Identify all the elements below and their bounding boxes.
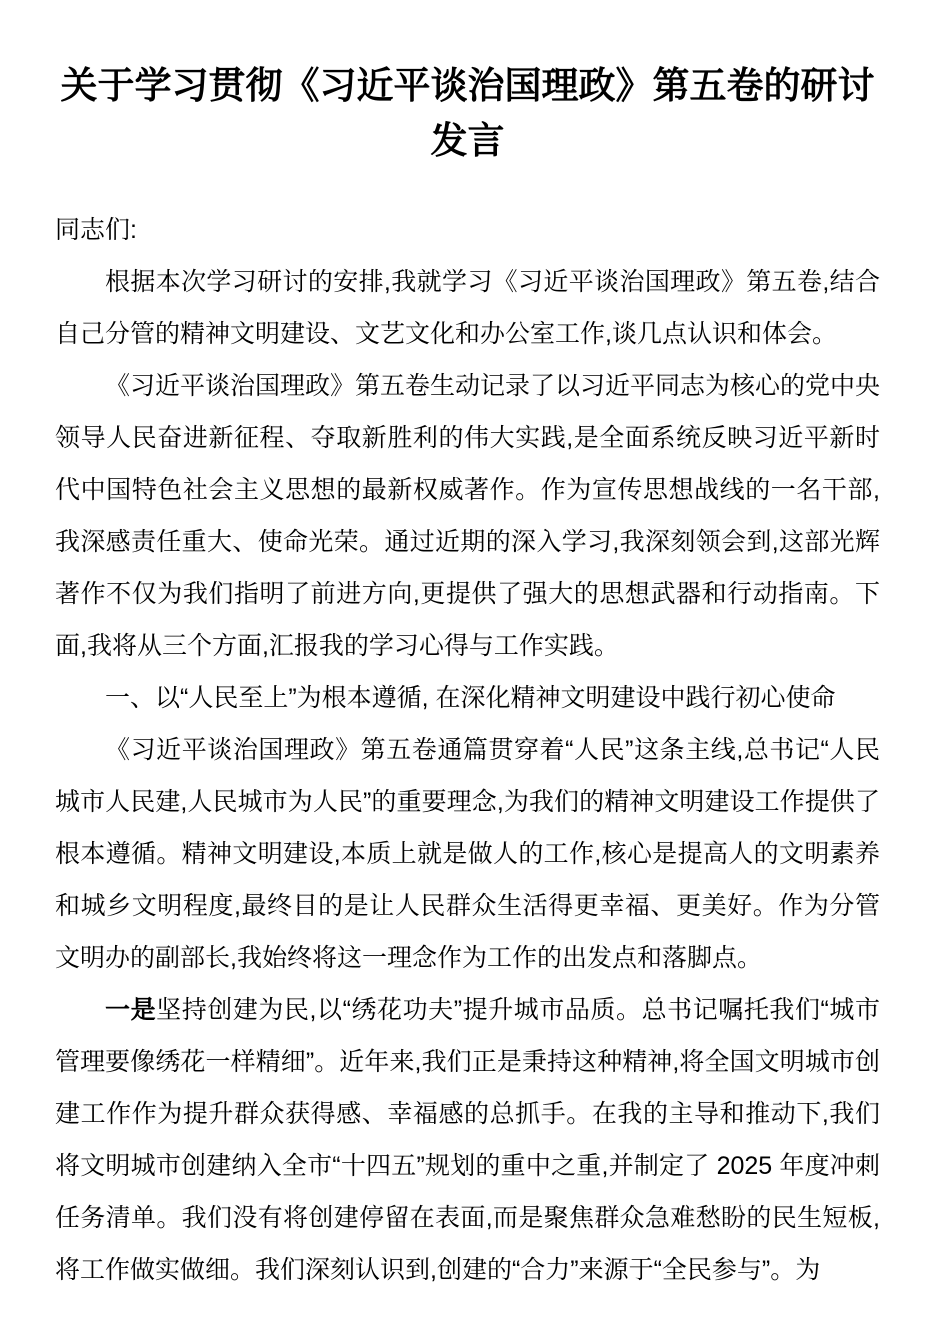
paragraph-point-1-text: 坚持创建为民,以“绣花功夫”提升城市品质。总书记嘱托我们“城市管理要像绣花一样精… [55,996,880,1284]
paragraph-point-1: 一是坚持创建为民,以“绣花功夫”提升城市品质。总书记嘱托我们“城市管理要像绣花一… [55,984,880,1296]
section-heading-1: 一、以“人民至上”为根本遵循, 在深化精神文明建设中践行初心使命 [55,672,880,724]
document-page: 关于学习贯彻《习近平谈治国理政》第五卷的研讨发言 同志们: 根据本次学习研讨的安… [0,0,950,1344]
document-title: 关于学习贯彻《习近平谈治国理政》第五卷的研讨发言 [55,58,880,168]
salutation: 同志们: [55,204,880,256]
paragraph-point-1-lead: 一是 [105,996,156,1024]
paragraph-intro: 根据本次学习研讨的安排,我就学习《习近平谈治国理政》第五卷,结合自己分管的精神文… [55,256,880,360]
paragraph-overview: 《习近平谈治国理政》第五卷生动记录了以习近平同志为核心的党中央领导人民奋进新征程… [55,360,880,672]
paragraph-section1-body: 《习近平谈治国理政》第五卷通篇贯穿着“人民”这条主线,总书记“人民城市人民建,人… [55,724,880,984]
